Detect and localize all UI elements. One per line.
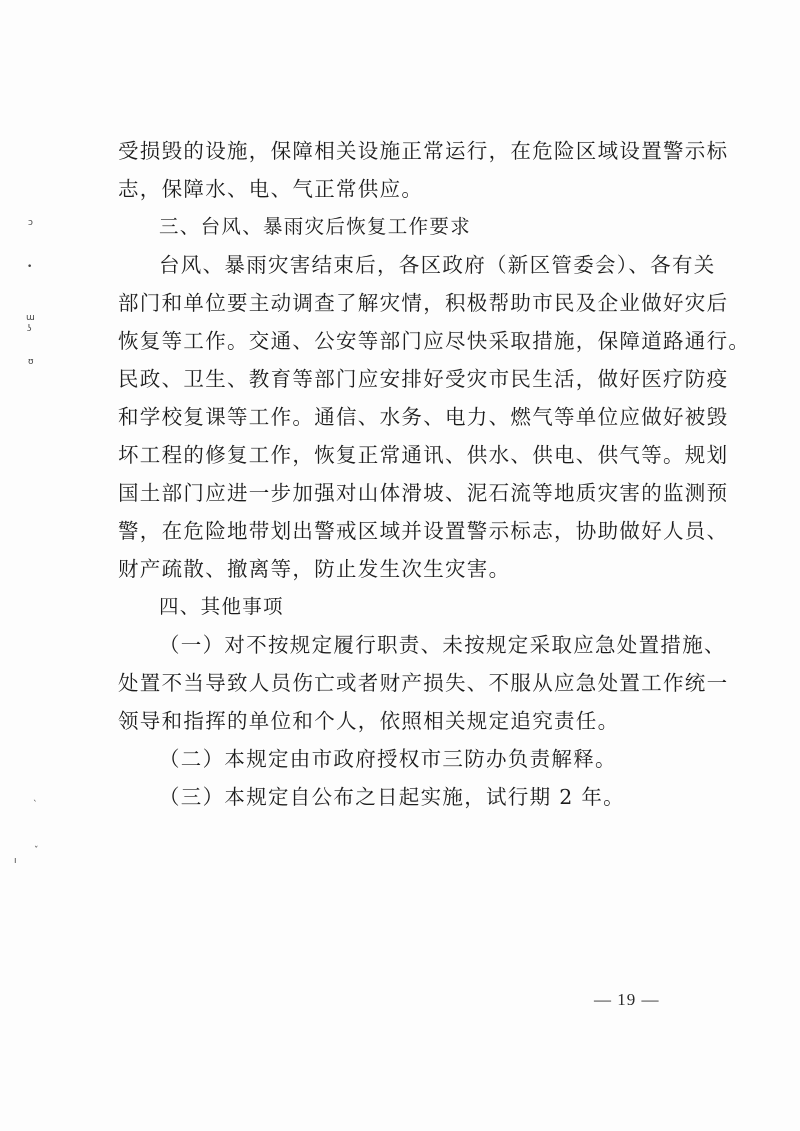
scan-speck: ʊ <box>28 357 34 367</box>
list-item-2: （二）本规定由市政府授权市三防办负责解释。 <box>118 740 678 778</box>
paragraph-line: 领导和指挥的单位和个人，依照相关规定追究责任。 <box>118 702 678 740</box>
list-item-3: （三）本规定自公布之日起实施，试行期 2 年。 <box>118 778 678 816</box>
section-heading-4: 四、其他事项 <box>118 588 678 626</box>
paragraph-line: 志，保障水、电、气正常供应。 <box>118 170 678 208</box>
page-number: — 19 — <box>594 990 660 1010</box>
paragraph-line: 部门和单位要主动调查了解灾情，积极帮助市民及企业做好灾后 <box>118 284 678 322</box>
scan-speck: ı <box>14 856 17 866</box>
paragraph-line: 处置不当导致人员伤亡或者财产损失、不服从应急处置工作统一 <box>118 664 678 702</box>
document-page: 受损毁的设施，保障相关设施正常运行，在危险区域设置警示标 志，保障水、电、气正常… <box>0 0 800 1131</box>
scan-speck: ɯ <box>26 313 35 323</box>
paragraph-line: 恢复等工作。交通、公安等部门应尽快采取措施，保障道路通行。 <box>118 322 678 360</box>
paragraph-line: 台风、暴雨灾害结束后，各区政府（新区管委会）、各有关 <box>118 246 678 284</box>
scan-speck: • <box>27 262 32 272</box>
paragraph-line: 民政、卫生、教育等部门应安排好受灾市民生活，做好医疗防疫 <box>118 360 678 398</box>
scan-speck: ˋ <box>33 800 38 810</box>
paragraph-line: 和学校复课等工作。通信、水务、电力、燃气等单位应做好被毁 <box>118 398 678 436</box>
paragraph-line: 财产疏散、撤离等，防止发生次生灾害。 <box>118 550 678 588</box>
paragraph-line: 受损毁的设施，保障相关设施正常运行，在危险区域设置警示标 <box>118 132 678 170</box>
scan-speck: ˇ <box>34 846 39 856</box>
paragraph-line: 警，在危险地带划出警戒区域并设置警示标志，协助做好人员、 <box>118 512 678 550</box>
scan-speck: ɔ <box>28 218 33 228</box>
section-heading-3: 三、台风、暴雨灾后恢复工作要求 <box>118 208 678 246</box>
paragraph-line: 坏工程的修复工作，恢复正常通讯、供水、供电、供气等。规划 <box>118 436 678 474</box>
list-item-1: （一）对不按规定履行职责、未按规定采取应急处置措施、 <box>118 626 678 664</box>
document-body: 受损毁的设施，保障相关设施正常运行，在危险区域设置警示标 志，保障水、电、气正常… <box>118 132 678 816</box>
paragraph-line: 国土部门应进一步加强对山体滑坡、泥石流等地质灾害的监测预 <box>118 474 678 512</box>
scan-speck: ʖ <box>27 324 32 334</box>
